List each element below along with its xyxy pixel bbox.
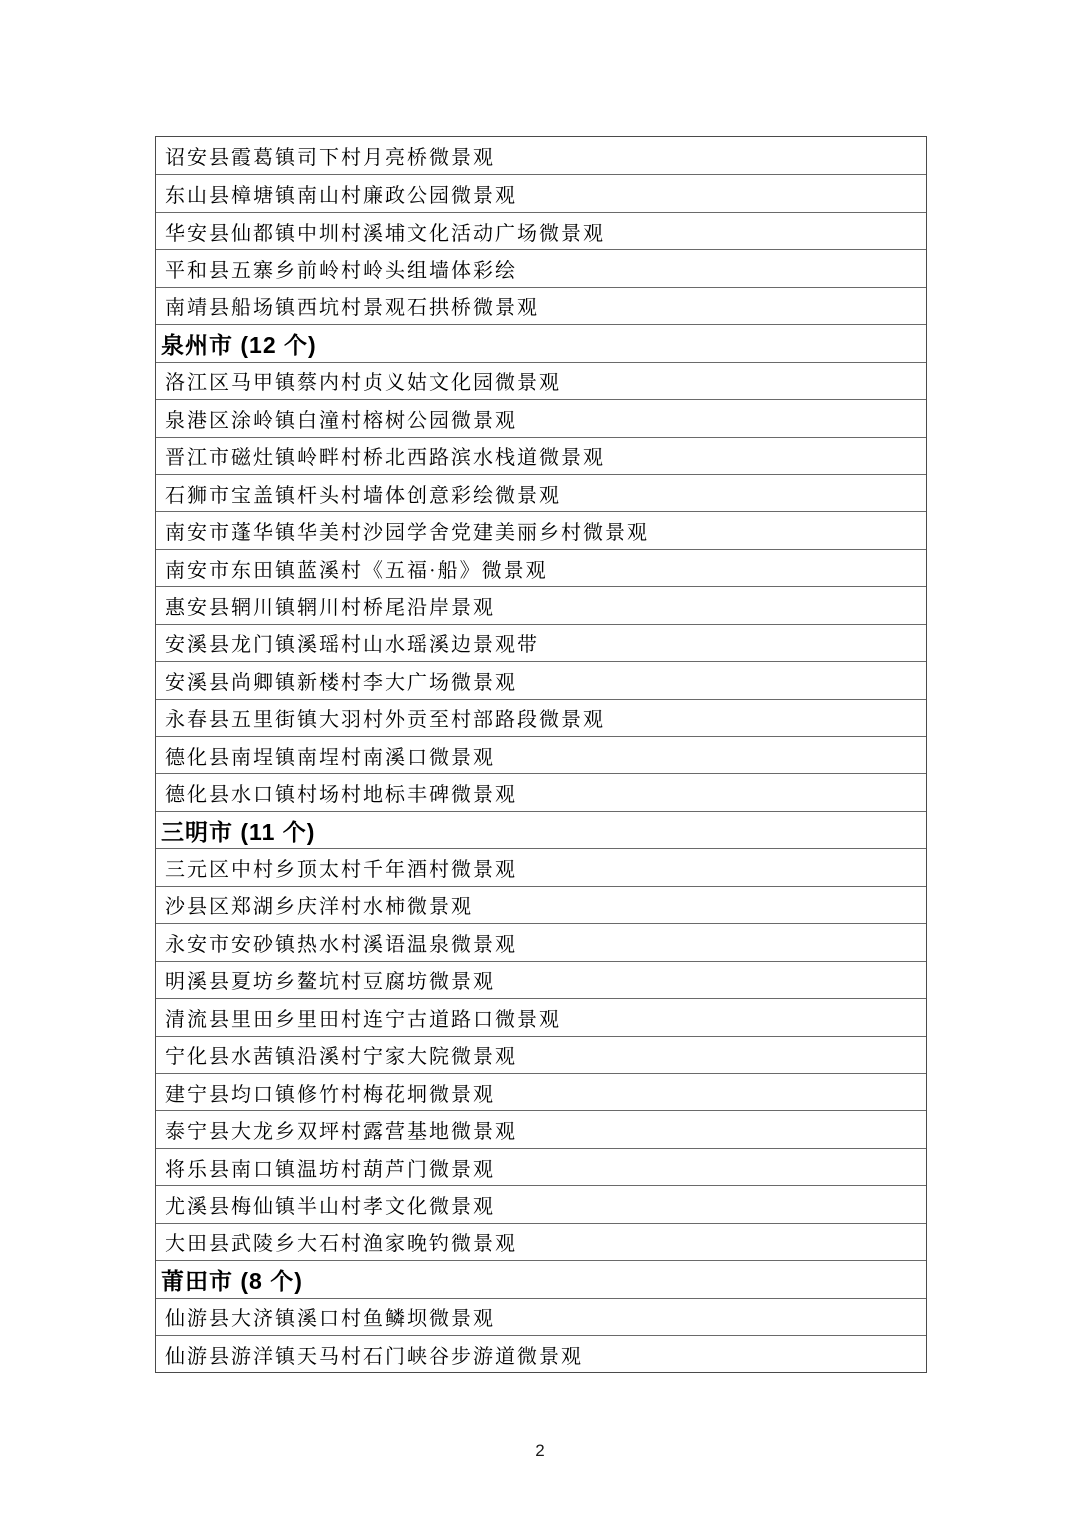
section-header-row: 莆田市 (8 个) bbox=[156, 1260, 926, 1297]
row-text: 三元区中村乡顶太村千年酒村微景观 bbox=[156, 853, 517, 882]
section-header-row: 三明市 (11 个) bbox=[156, 811, 926, 848]
table-row: 华安县仙都镇中圳村溪埔文化活动广场微景观 bbox=[156, 212, 926, 249]
table-row: 泉港区涂岭镇白潼村榕树公园微景观 bbox=[156, 399, 926, 436]
table-row: 安溪县龙门镇溪瑶村山水瑶溪边景观带 bbox=[156, 624, 926, 661]
row-text: 将乐县南口镇温坊村葫芦门微景观 bbox=[156, 1153, 495, 1182]
row-text: 仙游县大济镇溪口村鱼鳞坝微景观 bbox=[156, 1302, 495, 1331]
row-text: 华安县仙都镇中圳村溪埔文化活动广场微景观 bbox=[156, 217, 605, 246]
row-text: 永春县五里街镇大羽村外贡至村部路段微景观 bbox=[156, 703, 605, 732]
row-text: 宁化县水茜镇沿溪村宁家大院微景观 bbox=[156, 1040, 517, 1069]
row-text: 大田县武陵乡大石村渔家晚钓微景观 bbox=[156, 1227, 517, 1256]
table-row: 安溪县尚卿镇新楼村李大广场微景观 bbox=[156, 661, 926, 698]
table-row: 建宁县均口镇修竹村梅花坰微景观 bbox=[156, 1073, 926, 1110]
table-row: 清流县里田乡里田村连宁古道路口微景观 bbox=[156, 998, 926, 1035]
row-text: 泰宁县大龙乡双坪村露营基地微景观 bbox=[156, 1115, 517, 1144]
row-text: 南安市蓬华镇华美村沙园学舍党建美丽乡村微景观 bbox=[156, 516, 649, 545]
row-text: 安溪县尚卿镇新楼村李大广场微景观 bbox=[156, 666, 517, 695]
table-row: 将乐县南口镇温坊村葫芦门微景观 bbox=[156, 1148, 926, 1185]
section-header-row: 泉州市 (12 个) bbox=[156, 324, 926, 361]
row-text: 晋江市磁灶镇岭畔村桥北西路滨水栈道微景观 bbox=[156, 441, 605, 470]
table-row: 晋江市磁灶镇岭畔村桥北西路滨水栈道微景观 bbox=[156, 437, 926, 474]
table-row: 南靖县船场镇西坑村景观石拱桥微景观 bbox=[156, 287, 926, 324]
row-text: 清流县里田乡里田村连宁古道路口微景观 bbox=[156, 1003, 561, 1032]
table-row: 东山县樟塘镇南山村廉政公园微景观 bbox=[156, 174, 926, 211]
row-text: 惠安县辋川镇辋川村桥尾沿岸景观 bbox=[156, 591, 495, 620]
row-text: 德化县水口镇村场村地标丰碑微景观 bbox=[156, 778, 517, 807]
row-text: 南安市东田镇蓝溪村《五福·船》微景观 bbox=[156, 554, 548, 583]
table-row: 仙游县游洋镇天马村石门峡谷步游道微景观 bbox=[156, 1335, 926, 1372]
table-row: 永春县五里街镇大羽村外贡至村部路段微景观 bbox=[156, 699, 926, 736]
row-text: 石狮市宝盖镇杆头村墙体创意彩绘微景观 bbox=[156, 479, 561, 508]
table-row: 南安市蓬华镇华美村沙园学舍党建美丽乡村微景观 bbox=[156, 511, 926, 548]
table-row: 诏安县霞葛镇司下村月亮桥微景观 bbox=[156, 137, 926, 174]
table-row: 德化县水口镇村场村地标丰碑微景观 bbox=[156, 773, 926, 810]
table-row: 石狮市宝盖镇杆头村墙体创意彩绘微景观 bbox=[156, 474, 926, 511]
section-header-text: 莆田市 (8 个) bbox=[156, 1263, 303, 1296]
row-text: 永安市安砂镇热水村溪语温泉微景观 bbox=[156, 928, 517, 957]
row-text: 德化县南埕镇南埕村南溪口微景观 bbox=[156, 741, 495, 770]
table-row: 南安市东田镇蓝溪村《五福·船》微景观 bbox=[156, 549, 926, 586]
landscape-list-table: 诏安县霞葛镇司下村月亮桥微景观东山县樟塘镇南山村廉政公园微景观华安县仙都镇中圳村… bbox=[155, 136, 927, 1373]
section-header-text: 泉州市 (12 个) bbox=[156, 327, 317, 360]
table-row: 德化县南埕镇南埕村南溪口微景观 bbox=[156, 736, 926, 773]
row-text: 沙县区郑湖乡庆洋村水柿微景观 bbox=[156, 890, 473, 919]
row-text: 南靖县船场镇西坑村景观石拱桥微景观 bbox=[156, 291, 539, 320]
row-text: 平和县五寨乡前岭村岭头组墙体彩绘 bbox=[156, 254, 517, 283]
table-row: 永安市安砂镇热水村溪语温泉微景观 bbox=[156, 923, 926, 960]
row-text: 泉港区涂岭镇白潼村榕树公园微景观 bbox=[156, 404, 517, 433]
table-row: 三元区中村乡顶太村千年酒村微景观 bbox=[156, 848, 926, 885]
table-row: 尤溪县梅仙镇半山村孝文化微景观 bbox=[156, 1185, 926, 1222]
table-row: 泰宁县大龙乡双坪村露营基地微景观 bbox=[156, 1110, 926, 1147]
row-text: 尤溪县梅仙镇半山村孝文化微景观 bbox=[156, 1190, 495, 1219]
table-row: 惠安县辋川镇辋川村桥尾沿岸景观 bbox=[156, 586, 926, 623]
row-text: 明溪县夏坊乡鳌坑村豆腐坊微景观 bbox=[156, 965, 495, 994]
page-number: 2 bbox=[0, 1441, 1080, 1461]
table-row: 仙游县大济镇溪口村鱼鳞坝微景观 bbox=[156, 1298, 926, 1335]
section-header-text: 三明市 (11 个) bbox=[156, 814, 315, 847]
row-text: 东山县樟塘镇南山村廉政公园微景观 bbox=[156, 179, 517, 208]
table-row: 平和县五寨乡前岭村岭头组墙体彩绘 bbox=[156, 249, 926, 286]
row-text: 建宁县均口镇修竹村梅花坰微景观 bbox=[156, 1078, 495, 1107]
row-text: 安溪县龙门镇溪瑶村山水瑶溪边景观带 bbox=[156, 628, 539, 657]
document-page: 诏安县霞葛镇司下村月亮桥微景观东山县樟塘镇南山村廉政公园微景观华安县仙都镇中圳村… bbox=[0, 0, 1080, 1527]
row-text: 诏安县霞葛镇司下村月亮桥微景观 bbox=[156, 141, 495, 170]
table-row: 洛江区马甲镇蔡内村贞义姑文化园微景观 bbox=[156, 362, 926, 399]
row-text: 仙游县游洋镇天马村石门峡谷步游道微景观 bbox=[156, 1340, 583, 1369]
table-row: 宁化县水茜镇沿溪村宁家大院微景观 bbox=[156, 1036, 926, 1073]
row-text: 洛江区马甲镇蔡内村贞义姑文化园微景观 bbox=[156, 366, 561, 395]
table-row: 大田县武陵乡大石村渔家晚钓微景观 bbox=[156, 1223, 926, 1260]
table-row: 沙县区郑湖乡庆洋村水柿微景观 bbox=[156, 886, 926, 923]
table-row: 明溪县夏坊乡鳌坑村豆腐坊微景观 bbox=[156, 961, 926, 998]
